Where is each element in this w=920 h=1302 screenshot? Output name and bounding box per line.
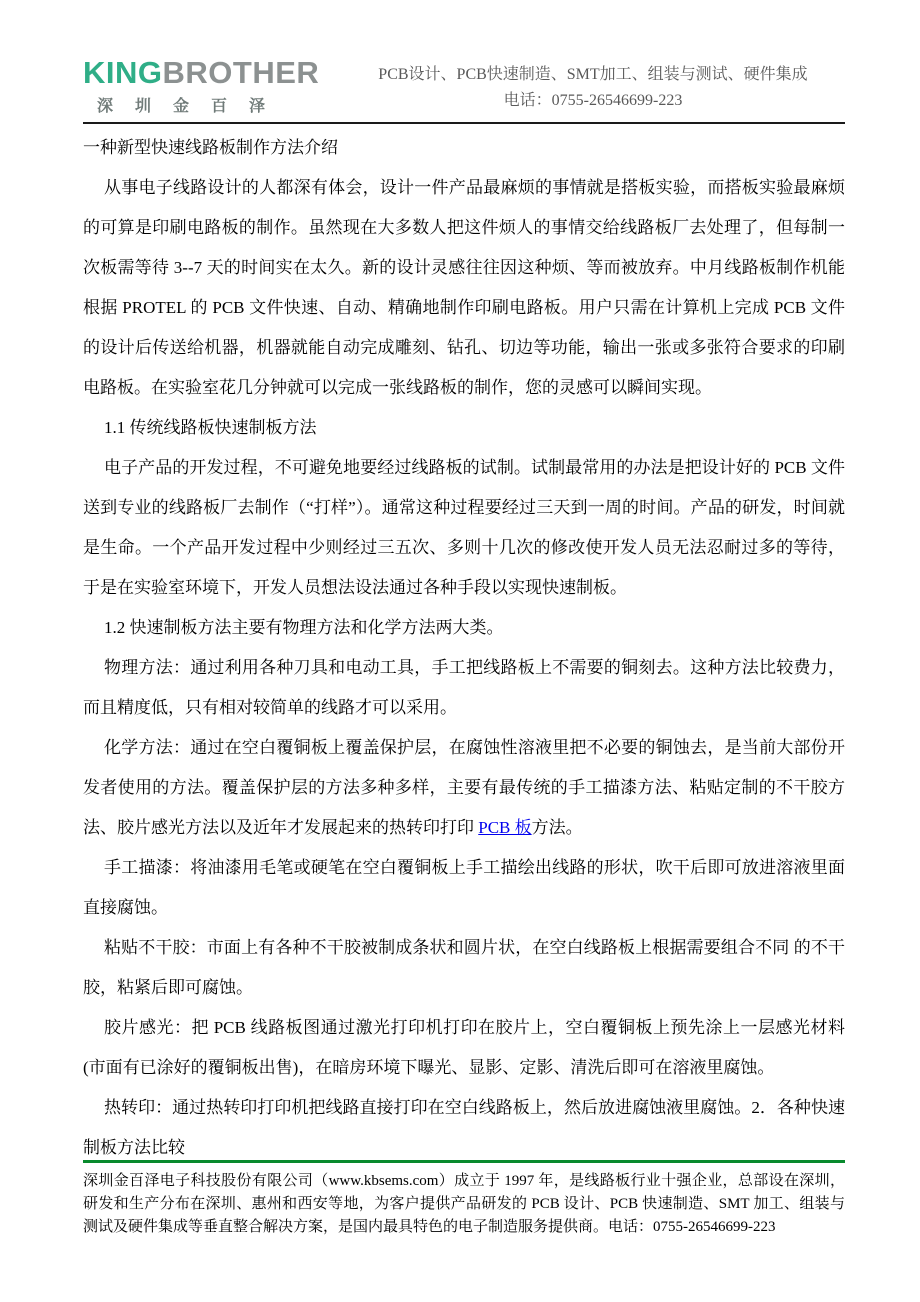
document-body: 一种新型快速线路板制作方法介绍 从事电子线路设计的人都深有体会，设计一件产品最麻…	[83, 128, 845, 1168]
body-paragraph-sticker: 粘贴不干胶：市面上有各种不干胶被制成条状和圆片状，在空白线路板上根据需要组合不同…	[83, 928, 845, 1008]
body-paragraph-hand-painting: 手工描漆：将油漆用毛笔或硬笔在空白覆铜板上手工描绘出线路的形状，吹干后即可放进溶…	[83, 848, 845, 928]
pcb-board-link[interactable]: PCB 板	[478, 818, 531, 837]
footer-text: 深圳金百泽电子科技股份有限公司（www.kbsems.com）成立于 1997 …	[83, 1170, 845, 1239]
company-logo: KINGBROTHER 深 圳 金 百 泽	[83, 56, 341, 116]
page-title: 一种新型快速线路板制作方法介绍	[83, 128, 845, 168]
document-page: KINGBROTHER 深 圳 金 百 泽 PCB设计、PCB快速制造、SMT加…	[0, 0, 920, 1302]
header-tagline: PCB设计、PCB快速制造、SMT加工、组装与测试、硬件集成 电话：0755-2…	[341, 62, 845, 114]
tagline-services: PCB设计、PCB快速制造、SMT加工、组装与测试、硬件集成	[341, 62, 845, 88]
header-rule	[83, 122, 845, 124]
footer-rule	[83, 1160, 845, 1163]
brand-king: KING	[83, 55, 163, 90]
body-paragraph-chemical-method: 化学方法：通过在空白覆铜板上覆盖保护层，在腐蚀性溶液里把不必要的铜蚀去，是当前大…	[83, 728, 845, 848]
page-footer: 深圳金百泽电子科技股份有限公司（www.kbsems.com）成立于 1997 …	[83, 1160, 845, 1239]
body-paragraph-1: 从事电子线路设计的人都深有体会，设计一件产品最麻烦的事情就是搭板实验，而搭板实验…	[83, 168, 845, 408]
section-heading-1-2: 1.2 快速制板方法主要有物理方法和化学方法两大类。	[83, 608, 845, 648]
letterhead: KINGBROTHER 深 圳 金 百 泽 PCB设计、PCB快速制造、SMT加…	[83, 56, 845, 116]
body-paragraph-film-exposure: 胶片感光：把 PCB 线路板图通过激光打印机打印在胶片上，空白覆铜板上预先涂上一…	[83, 1008, 845, 1088]
tagline-phone: 电话：0755-26546699-223	[341, 88, 845, 114]
chemical-method-text-post: 方法。	[532, 818, 583, 837]
body-paragraph-2: 电子产品的开发过程，不可避免地要经过线路板的试制。试制最常用的办法是把设计好的 …	[83, 448, 845, 608]
brand-wordmark: KINGBROTHER	[83, 56, 341, 90]
chemical-method-text-pre: 化学方法：通过在空白覆铜板上覆盖保护层，在腐蚀性溶液里把不必要的铜蚀去，是当前大…	[83, 738, 845, 837]
section-heading-1-1: 1.1 传统线路板快速制板方法	[83, 408, 845, 448]
brand-brother: BROTHER	[163, 55, 320, 90]
body-paragraph-physical-method: 物理方法：通过利用各种刀具和电动工具，手工把线路板上不需要的铜刻去。这种方法比较…	[83, 648, 845, 728]
logo-subtitle: 深 圳 金 百 泽	[83, 93, 341, 116]
body-paragraph-thermal-transfer: 热转印：通过热转印打印机把线路直接打印在空白线路板上，然后放进腐蚀液里腐蚀。2．…	[83, 1088, 845, 1168]
